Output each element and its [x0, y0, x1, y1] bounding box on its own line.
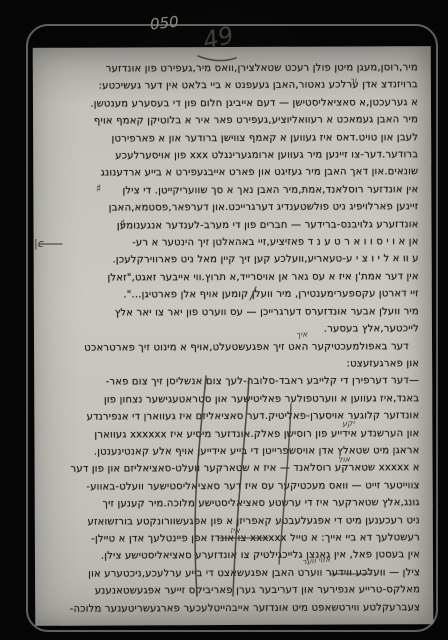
text-line: און הערשנדע אידייע פון רוסישן פאלק.אונדז…: [39, 425, 419, 444]
text-line: לעבן און טויט.דאס איז געווען א קאמף צווי…: [38, 129, 418, 148]
text-line: צילן — וועלכע ווידער ווערט האבן אפגעשאצט…: [40, 564, 420, 583]
text-line: זיינען פארלויפיג ניט פולשטענדיג דערגרייכ…: [38, 198, 418, 217]
text-line: זיי דארטן עקספערימענטירן, מיר וועלן קומע…: [39, 285, 419, 304]
text-line: אין דער אמת'ן איז א עס גאר אן אויסרייד,א…: [39, 268, 419, 287]
text-line: אין אונדזער רוסלאנד,אמת,מיר האבן נאך א ס…: [38, 181, 418, 200]
text-line: אונדזערע גלויבנס-ברידער — חברים פון די מ…: [38, 216, 418, 235]
text-line: אן א ו י ס ו ו א ר ט ע נ ד פאזיציע,זיי ב…: [39, 233, 419, 252]
text-line: לייכטער,אלץ בעסער.: [39, 320, 419, 339]
text-line: —דער דערפירן די קלייבע ראבד-סלובה-לעך צו…: [39, 373, 419, 392]
typewritten-page: מיר,רוסן,מעגן מיטן פולן רעכט שטאלצירן,וו…: [33, 46, 434, 626]
text-line: צווייטער זייט — וואס מעכטיקער עס איז דער…: [40, 477, 420, 496]
text-line: און פארגעזעצט:: [39, 355, 419, 374]
text-line: דער באפולמעכטיקער האט זיך אפגעשטעלט,אויף…: [39, 338, 419, 357]
text-line: ברויזנדצ אדן ערלכע נאטור,האבן געעפנט א ב…: [38, 77, 418, 96]
text-line: באנד,איז געווען א ווערטפולער פאליטישער א…: [39, 390, 419, 409]
text-line: צעברעקלטע ווירטשאפט מיט אונדזער אייבהייט…: [40, 599, 420, 618]
text-line: מאלקס-טרייע אנפירער און דעריבער גערן פאר…: [40, 581, 420, 600]
text-line: אונדזער קלוגער אויסערן-פאליטיק.דער סאציא…: [39, 407, 419, 426]
text-line: מיר וועלן אבער אונדזערס דערגרייכן — עס ו…: [39, 303, 419, 322]
text-line: מיר האבן געמאכט א רעוואליוציע,געפירט פאר…: [38, 111, 418, 130]
text-line: ניט רעכענען מיט די אפגעלעבטע קאפריזן א פ…: [40, 512, 420, 531]
text-line: א גערעכטן,א סאציאליסטישן — דעם אייביגן ח…: [38, 94, 418, 113]
text-line: אין בעסטן פאל, אין גאנצן גלייכגילטיק צו …: [40, 547, 420, 566]
typed-text-block: מיר,רוסן,מעגן מיטן פולן רעכט שטאלצירן,וו…: [38, 59, 420, 618]
text-line: רעשטלעך דא ביי אייך: א טייל xxxxxx צו או…: [40, 529, 420, 548]
text-line: אראגן מיט שטאלץ אדן אויסשפרייטן די בייע …: [39, 442, 419, 461]
text-line: ברודער.דער-צו זיינען מיר געווען ארומגערי…: [38, 146, 418, 165]
text-line: שונאים.און דאך האבן מיר געזיגט און פארט …: [38, 164, 418, 183]
text-line: ע וו א ל י ו צ י ע-טעאריע,וועלכע קען זיך…: [39, 251, 419, 270]
text-line: מיר,רוסן,מעגן מיטן פולן רעכט שטאלצירן,וו…: [38, 59, 418, 78]
text-line: א xxxxx שטארקע רוסלאנד — איז א שטארקער ו…: [40, 460, 420, 479]
text-line: גונג,אלץ שטארקער איז די ערשטע סאציאליסטי…: [40, 494, 420, 513]
scanned-document-photo: מיר,רוסן,מעגן מיטן פולן רעכט שטאלצירן,וו…: [0, 0, 448, 640]
